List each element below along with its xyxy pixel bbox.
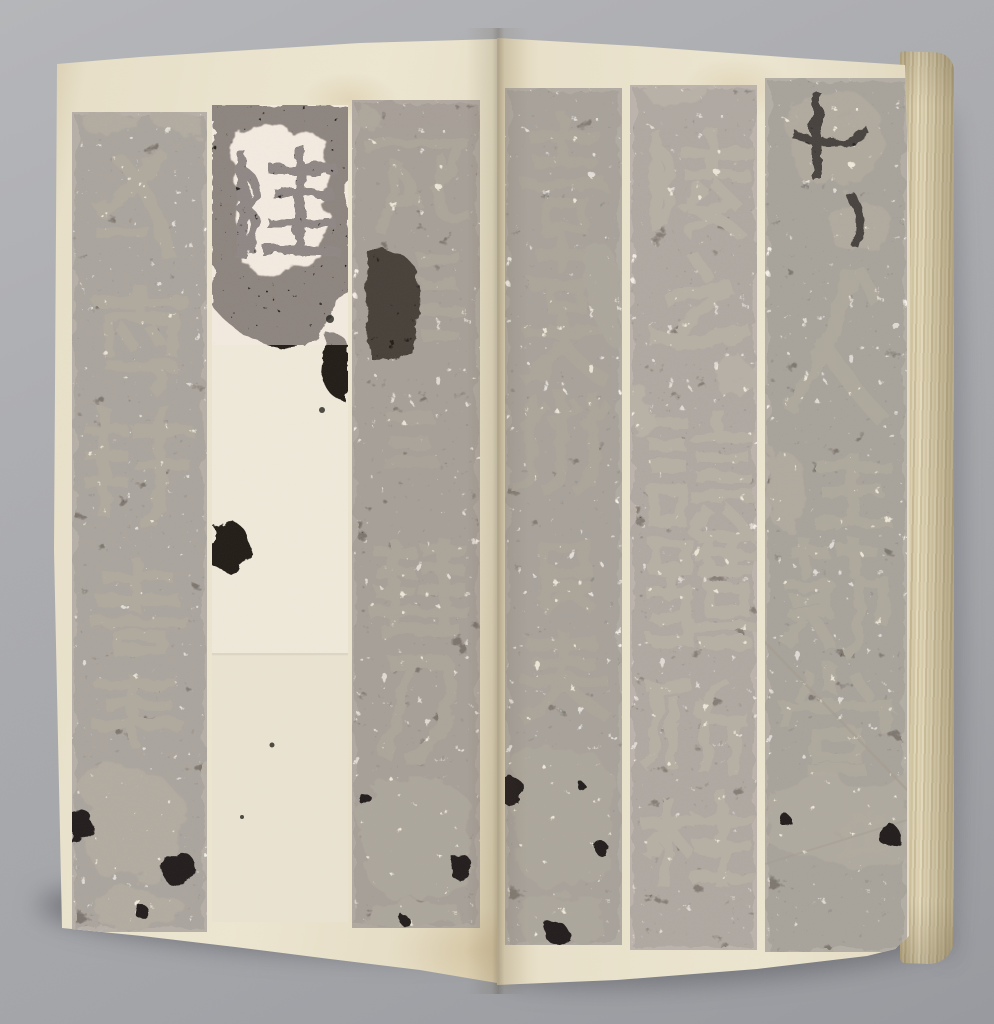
rubbing-column-left-middle: 陸 <box>212 105 348 922</box>
rubbing-album-photo: □雲對晝□ <box>0 0 994 1024</box>
rubbing-column-right-inner: 壽大□良春 <box>505 88 622 945</box>
rubbing-column-right-middle: 陵之讓體所桂 <box>630 85 757 950</box>
right-page: 壽大□良春 <box>497 28 967 998</box>
left-page: □雲對晝□ <box>50 30 497 995</box>
rubbing-column-left-outer: □雲對晝□ <box>72 112 207 932</box>
rubbing-column-right-outer: □人達節嘗延 <box>765 78 907 952</box>
rubbing-column-left-inner: 死講□鮮乃 <box>352 100 480 928</box>
